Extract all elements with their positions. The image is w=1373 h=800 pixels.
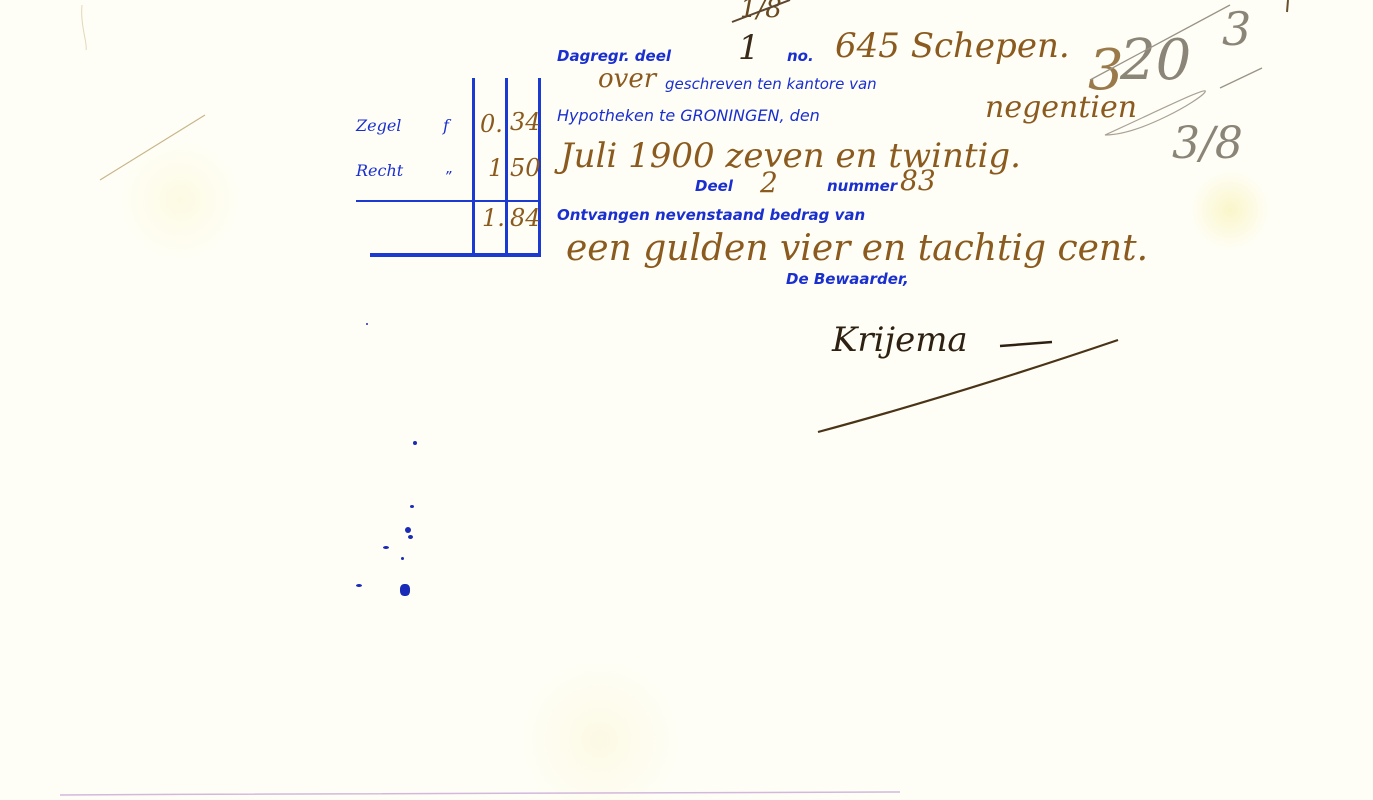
pencil-line-under-3 <box>1220 68 1262 88</box>
ink-speck <box>400 584 410 596</box>
ink-speck <box>408 535 413 539</box>
right-edge-tick <box>1287 0 1288 12</box>
ink-speck <box>413 441 417 445</box>
signature-underline <box>818 340 1118 432</box>
ink-speck <box>410 505 414 508</box>
pencil-line-top-right <box>1090 5 1230 80</box>
faint-pencil-scribble <box>82 5 87 50</box>
ink-speck <box>383 546 389 549</box>
ink-speck <box>356 584 362 587</box>
faint-pencil-left <box>100 115 205 180</box>
ink-speck <box>366 323 368 325</box>
signature-dash <box>1000 342 1052 346</box>
ink-strokes <box>0 0 1373 800</box>
pencil-slash-top-left <box>732 0 790 22</box>
bottom-edge-stain <box>60 792 900 795</box>
ink-speck <box>405 527 411 533</box>
pencil-oval <box>1105 91 1205 135</box>
ink-speck <box>401 557 404 560</box>
document-page: Zegel f 0. 34 Recht „ 1 50 1. 84 1/8 Dag… <box>0 0 1373 800</box>
